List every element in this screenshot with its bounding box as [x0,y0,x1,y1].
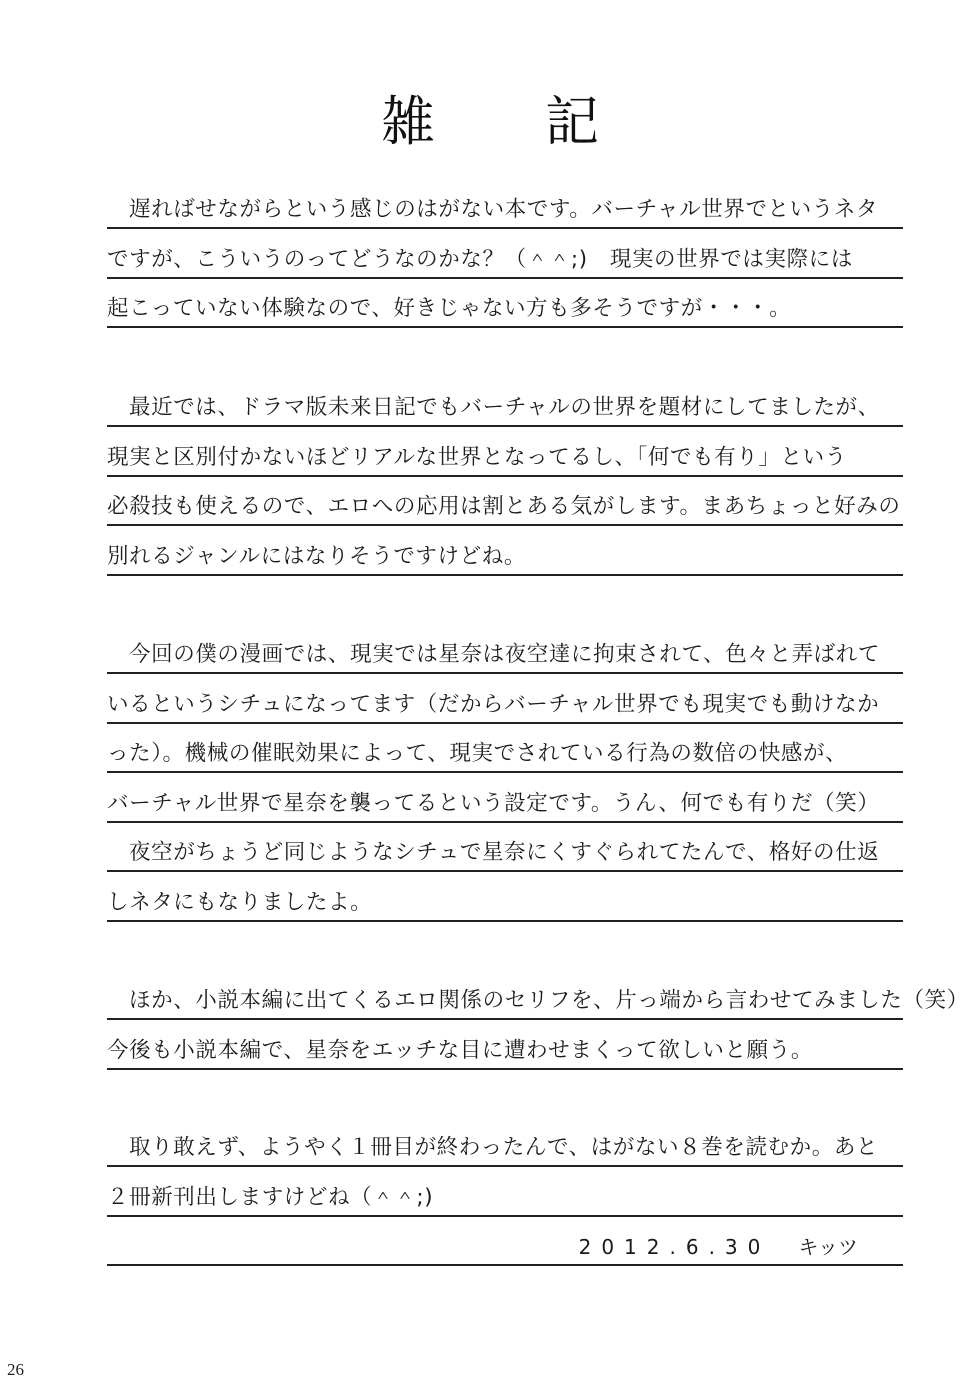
ruled-line: ２冊新刊出しますけどね（＾＾;) [107,1168,903,1217]
page-title: 雑記 [0,92,980,152]
text-line: 現実と区別付かないほどリアルな世界となってるし、「何でも有り」という [107,445,847,471]
ruled-line: 起こっていない体験なので、好きじゃない方も多そうですが・・・。 [107,279,903,328]
ruled-line: 取り敢えず、ようやく１冊目が終わったんで、はがない８巻を読むか。あと [107,1118,903,1167]
text-line: 起こっていない体験なので、好きじゃない方も多そうですが・・・。 [107,296,791,322]
ruled-line: 今回の僕の漫画では、現実では星奈は夜空達に拘束されて、色々と弄ばれて [107,625,903,674]
ruled-line: 現実と区別付かないほどリアルな世界となってるし、「何でも有り」という [107,428,903,477]
text-line: いるというシチュになってます（だからバーチャル世界でも現実でも動けなか [107,692,879,718]
ruled-line: ほか、小説本編に出てくるエロ関係のセリフを、片っ端から言わせてみました（笑） [107,971,903,1020]
ruled-line: しネタにもなりましたよ。 [107,873,903,922]
ruled-line: 遅ればせながらという感じのはがない本です。バーチャル世界でというネタ [107,180,903,229]
text-line: ですが、こういうのってどうなのかな？（＾＾;) 現実の世界では実際には [107,247,853,273]
ruled-line: いるというシチュになってます（だからバーチャル世界でも現実でも動けなか [107,675,903,724]
text-line: 今後も小説本編で、星奈をエッチな目に遭わせまくって欲しいと願う。 [107,1038,813,1064]
ruled-line: 夜空がちょうど同じようなシチュで星奈にくすぐられてたんで、格好の仕返 [107,823,903,872]
text-line: ほか、小説本編に出てくるエロ関係のセリフを、片っ端から言わせてみました（笑） [129,988,969,1014]
ruled-line: 別れるジャンルにはなりそうですけどね。 [107,527,903,576]
text-line: 最近では、ドラマ版未来日記でもバーチャルの世界を題材にしてましたが、 [129,395,880,421]
text-line: しネタにもなりましたよ。 [107,890,372,916]
text-line: った）。機械の催眠効果によって、現実でされている行為の数倍の快感が、 [107,741,847,767]
text-line: 夜空がちょうど同じようなシチュで星奈にくすぐられてたんで、格好の仕返 [129,840,879,866]
ruled-line: 必殺技も使えるので、エロへの応用は割とある気がします。まあちょっと好みの [107,477,903,526]
title-char-1: 雑 [381,92,435,152]
text-line: バーチャル世界で星奈を襲ってるという設定です。うん、何でも有りだ（笑） [107,791,879,817]
signature-author: キッツ [798,1235,858,1259]
signature: 2012.6.30キッツ [579,1234,858,1260]
ruled-line: 最近では、ドラマ版未来日記でもバーチャルの世界を題材にしてましたが、 [107,378,903,427]
text-line: ２冊新刊出しますけどね（＾＾;) [107,1185,433,1211]
text-line: 取り敢えず、ようやく１冊目が終わったんで、はがない８巻を読むか。あと [129,1135,878,1161]
title-char-2: 記 [545,92,599,152]
signature-date: 2012.6.30 [579,1235,771,1259]
ruled-line: バーチャル世界で星奈を襲ってるという設定です。うん、何でも有りだ（笑） [107,774,903,823]
ruled-line: った）。機械の催眠効果によって、現実でされている行為の数倍の快感が、 [107,724,903,773]
text-line: 別れるジャンルにはなりそうですけどね。 [107,544,526,570]
ruled-line: 今後も小説本編で、星奈をエッチな目に遭わせまくって欲しいと願う。 [107,1021,903,1070]
signature-line: 2012.6.30キッツ [107,1217,903,1266]
ruled-line: ですが、こういうのってどうなのかな？（＾＾;) 現実の世界では実際には [107,230,903,279]
page-number: 26 [7,1360,24,1380]
text-line: 今回の僕の漫画では、現実では星奈は夜空達に拘束されて、色々と弄ばれて [129,642,880,668]
text-line: 遅ればせながらという感じのはがない本です。バーチャル世界でというネタ [129,197,878,223]
text-line: 必殺技も使えるので、エロへの応用は割とある気がします。まあちょっと好みの [107,494,900,520]
